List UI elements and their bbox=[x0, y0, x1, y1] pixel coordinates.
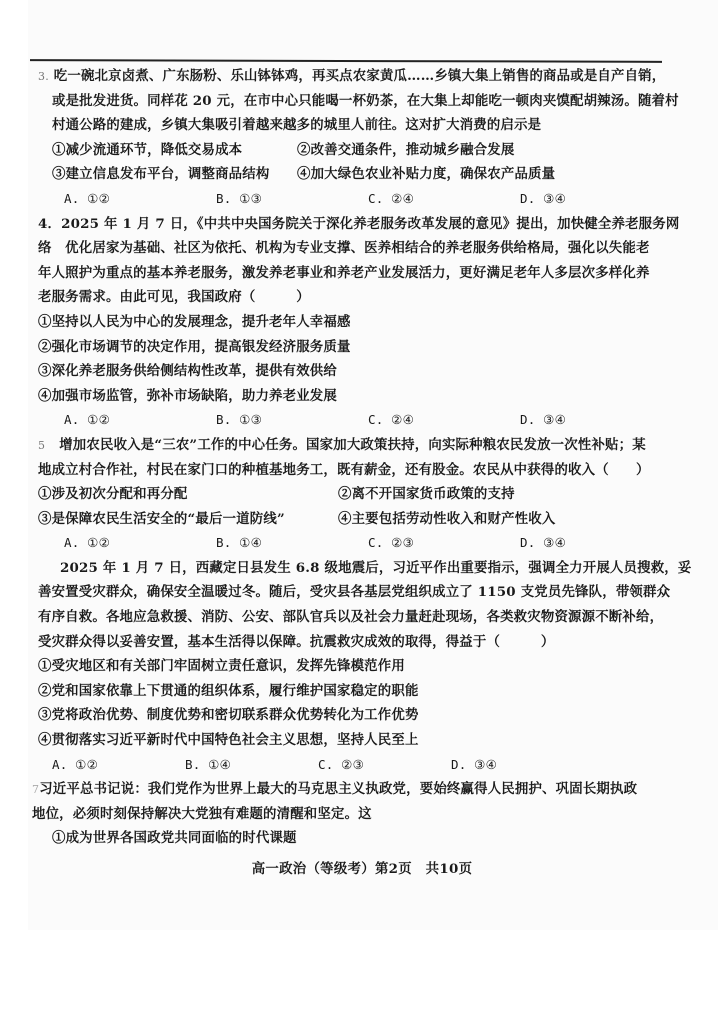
option-4: ④加强市场监管，弥补市场缺陷，助力养老业发展 bbox=[38, 384, 672, 409]
page-footer: 高一政治（等级考）第2页 共10页 bbox=[0, 858, 724, 877]
option-3: ③深化养老服务供给侧结构性改革，提供有效供给 bbox=[38, 359, 672, 384]
choice-c: C. ②③ bbox=[368, 531, 520, 556]
choice-a: A. ①② bbox=[64, 531, 216, 556]
question-stem-line: 地成立村合作社，村民在家门口的种植基地务工，既有薪金，还有股金。农民从中获得的收… bbox=[38, 458, 672, 483]
question-7: 7习近平总书记说：我们党作为世界上最大的马克思主义执政党，要始终赢得人民拥护、巩… bbox=[32, 777, 672, 851]
question-3: 3. 吃一碗北京卤煮、广东肠粉、乐山钵钵鸡，再买点农家黄瓜……乡镇大集上销售的商… bbox=[52, 64, 672, 212]
choice-a: A. ①② bbox=[64, 408, 216, 433]
question-stem-line: 善安置受灾群众，确保安全温暖过冬。随后，受灾县各基层党组织成立了 1150 支党… bbox=[38, 580, 672, 605]
option-4: ④主要包括劳动性收入和财产性收入 bbox=[338, 507, 555, 532]
option-3: ③建立信息发布平台，调整商品结构 bbox=[52, 162, 297, 187]
question-5: 5增加农民收入是“三农”工作的中心任务。国家加大政策扶持，向实际种粮农民发放一次… bbox=[38, 433, 672, 556]
question-stem-line: 年人照护为重点的基本养老服务，激发养老事业和养老产业发展活力，更好满足老年人多层… bbox=[38, 261, 672, 286]
answer-choices: A. ①② B. ①③ C. ②④ D. ③④ bbox=[38, 408, 672, 433]
choice-d: D. ③④ bbox=[520, 187, 672, 212]
option-2: ②离不开国家货币政策的支持 bbox=[338, 482, 515, 507]
question-number: 5 bbox=[38, 439, 45, 452]
option-2: ②党和国家依靠上下贯通的组织体系，履行维护国家稳定的职能 bbox=[38, 679, 672, 704]
answer-choices: A. ①② B. ①③ C. ②④ D. ③④ bbox=[52, 187, 672, 212]
option-4: ④加大绿色农业补贴力度，确保农产品质量 bbox=[297, 162, 555, 187]
choice-a: A. ①② bbox=[52, 753, 185, 778]
question-stem-line: 吃一碗北京卤煮、广东肠粉、乐山钵钵鸡，再买点农家黄瓜……乡镇大集上销售的商品或是… bbox=[54, 68, 666, 84]
question-stem-line: 老服务需求。由此可见，我国政府（ ） bbox=[38, 285, 672, 310]
choice-d: D. ③④ bbox=[451, 753, 584, 778]
question-4: 4．2025 年 1 月 7 日，《中共中央国务院关于深化养老服务改革发展的意见… bbox=[38, 212, 672, 433]
question-number-dot: . bbox=[45, 70, 49, 83]
answer-choices: A. ①② B. ①④ C. ②③ D. ③④ bbox=[38, 531, 672, 556]
question-stem-line: 络 优化居家为基础、社区为依托、机构为专业支撑、医养相结合的养老服务供给格局，强… bbox=[38, 236, 672, 261]
option-1: ①坚持以人民为中心的发展理念，提升老年人幸福感 bbox=[38, 310, 672, 335]
choice-c: C. ②③ bbox=[318, 753, 451, 778]
option-1: ①减少流通环节，降低交易成本 bbox=[52, 138, 297, 163]
option-row: ③建立信息发布平台，调整商品结构 ④加大绿色农业补贴力度，确保农产品质量 bbox=[52, 162, 672, 187]
question-6: 2025 年 1 月 7 日，西藏定日县发生 6.8 级地震后，习近平作出重要指… bbox=[38, 556, 672, 777]
option-2: ②强化市场调节的决定作用，提高银发经济服务质量 bbox=[38, 335, 672, 360]
option-3: ③是保障农民生活安全的“最后一道防线” bbox=[38, 507, 338, 532]
choice-b: B. ①③ bbox=[216, 187, 368, 212]
question-stem-line: 受灾群众得以妥善安置，基本生活得以保障。抗震救灾成效的取得，得益于（ ） bbox=[38, 630, 672, 655]
question-stem-line: 增加农民收入是“三农”工作的中心任务。国家加大政策扶持，向实际种粮农民发放一次性… bbox=[59, 437, 646, 453]
question-stem-line: 2025 年 1 月 7 日，西藏定日县发生 6.8 级地震后，习近平作出重要指… bbox=[38, 556, 672, 581]
question-stem-line: 4．2025 年 1 月 7 日，《中共中央国务院关于深化养老服务改革发展的意见… bbox=[38, 212, 672, 237]
question-stem-line: 地位，必须时刻保持解决大党独有难题的清醒和坚定。这 bbox=[32, 802, 672, 827]
question-stem-line: 有序自救。各地应急救援、消防、公安、部队官兵以及社会力量赶赴现场，各类救灾物资源… bbox=[38, 605, 672, 630]
choice-b: B. ①④ bbox=[185, 753, 318, 778]
choice-c: C. ②④ bbox=[368, 408, 520, 433]
question-stem-line: 习近平总书记说：我们党作为世界上最大的马克思主义执政党，要始终赢得人民拥护、巩固… bbox=[39, 781, 637, 797]
option-row: ③是保障农民生活安全的“最后一道防线” ④主要包括劳动性收入和财产性收入 bbox=[38, 507, 672, 532]
choice-c: C. ②④ bbox=[368, 187, 520, 212]
option-3: ③党将政治优势、制度优势和密切联系群众优势转化为工作优势 bbox=[38, 703, 672, 728]
choice-d: D. ③④ bbox=[520, 408, 672, 433]
choice-a: A. ①② bbox=[64, 187, 216, 212]
option-4: ④贯彻落实习近平新时代中国特色社会主义思想，坚持人民至上 bbox=[38, 728, 672, 753]
answer-choices: A. ①② B. ①④ C. ②③ D. ③④ bbox=[38, 753, 672, 778]
choice-b: B. ①③ bbox=[216, 408, 368, 433]
option-row: ①减少流通环节，降低交易成本 ②改善交通条件，推动城乡融合发展 bbox=[52, 138, 672, 163]
question-stem-line: 或是批发进货。同样花 20 元，在市中心只能喝一杯奶茶，在大集上却能吃一顿肉夹馍… bbox=[52, 89, 672, 114]
option-1: ①受灾地区和有关部门牢固树立责任意识，发挥先锋模范作用 bbox=[38, 654, 672, 679]
option-row: ①涉及初次分配和再分配 ②离不开国家货币政策的支持 bbox=[38, 482, 672, 507]
choice-b: B. ①④ bbox=[216, 531, 368, 556]
choice-d: D. ③④ bbox=[520, 531, 672, 556]
option-1: ①涉及初次分配和再分配 bbox=[38, 482, 338, 507]
option-2: ②改善交通条件，推动城乡融合发展 bbox=[297, 138, 514, 163]
exam-content: 3. 吃一碗北京卤煮、广东肠粉、乐山钵钵鸡，再买点农家黄瓜……乡镇大集上销售的商… bbox=[52, 64, 672, 851]
question-stem-line: 村通公路的建成，乡镇大集吸引着越来越多的城里人前往。这对扩大消费的启示是 bbox=[52, 113, 672, 138]
option-1: ①成为世界各国政党共同面临的时代课题 bbox=[32, 826, 672, 851]
